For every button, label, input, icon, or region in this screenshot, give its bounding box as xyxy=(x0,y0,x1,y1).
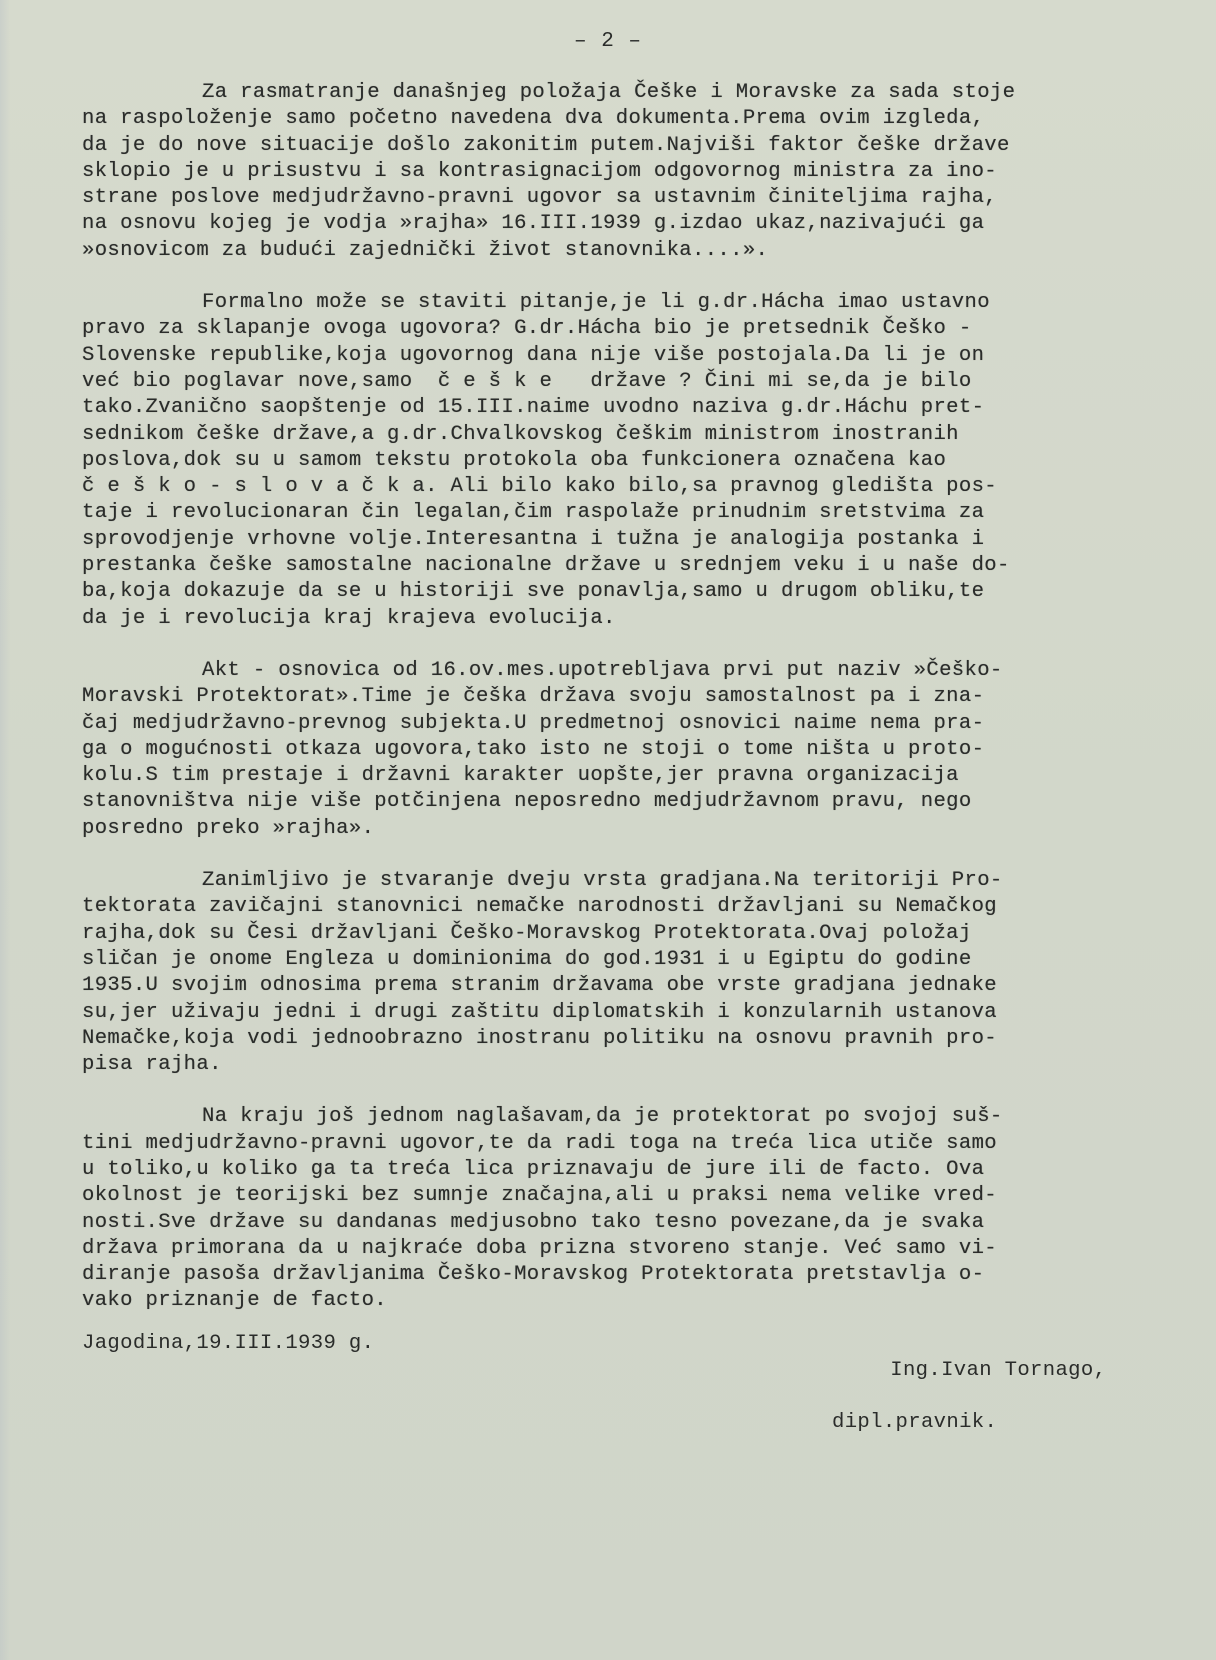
text-line: posredno preko »rajha». xyxy=(82,816,1162,842)
text-line: da je do nove situacije došlo zakonitim … xyxy=(82,133,1162,159)
document-body: Za rasmatranje današnjeg položaja Češke … xyxy=(82,80,1162,1341)
text-line: na osnovu kojeg je vodja »rajha» 16.III.… xyxy=(82,211,1162,237)
text-line: već bio poglavar nove,samo č e š k e drž… xyxy=(82,369,1162,395)
text-line: č e š k o - s l o v a č k a. Ali bilo ka… xyxy=(82,474,1162,500)
signature-block: Ing.Ivan Tornago, dipl.pravnik. xyxy=(814,1332,1106,1488)
text-line: rajha,dok su Česi državljani Češko-Morav… xyxy=(82,921,1162,947)
text-line: vako priznanje de facto. xyxy=(82,1288,1162,1314)
text-line: »osnovicom za budući zajednički život st… xyxy=(82,238,1162,264)
text-line: okolnost je teorijski bez sumnje značajn… xyxy=(82,1183,1162,1209)
text-line: su,jer uživaju jedni i drugi zaštitu dip… xyxy=(82,1000,1162,1026)
text-line: ga o mogućnosti otkaza ugovora,tako isto… xyxy=(82,737,1162,763)
text-line: Akt - osnovica od 16.ov.mes.upotrebljava… xyxy=(82,658,1162,684)
text-line: ba,koja dokazuje da se u historiji sve p… xyxy=(82,579,1162,605)
paragraph: Za rasmatranje današnjeg položaja Češke … xyxy=(82,80,1162,264)
text-line: u toliko,u koliko ga ta treća lica prizn… xyxy=(82,1157,1162,1183)
text-line: kolu.S tim prestaje i državni karakter u… xyxy=(82,763,1162,789)
text-line: čaj medjudržavno-prevnog subjekta.U pred… xyxy=(82,711,1162,737)
text-line: Slovenske republike,koja ugovornog dana … xyxy=(82,343,1162,369)
text-line: Moravski Protektorat».Time je češka drža… xyxy=(82,684,1162,710)
paragraph: Na kraju još jednom naglašavam,da je pro… xyxy=(82,1104,1162,1314)
place-date: Jagodina,19.III.1939 g. xyxy=(82,1332,374,1355)
text-line: da je i revolucija kraj krajeva evolucij… xyxy=(82,606,1162,632)
text-line: diranje pasoša državljanima Češko-Moravs… xyxy=(82,1262,1162,1288)
text-line: stanovništva nije više potčinjena neposr… xyxy=(82,789,1162,815)
signatory-name: Ing.Ivan Tornago, xyxy=(890,1359,1106,1382)
text-line: Nemačke,koja vodi jednoobrazno inostranu… xyxy=(82,1026,1162,1052)
text-line: taje i revolucionaran čin legalan,čim ra… xyxy=(82,500,1162,526)
paragraph: Akt - osnovica od 16.ov.mes.upotrebljava… xyxy=(82,658,1162,842)
text-line: tektorata zavičajni stanovnici nemačke n… xyxy=(82,894,1162,920)
text-line: Za rasmatranje današnjeg položaja Češke … xyxy=(82,80,1162,106)
text-line: 1935.U svojim odnosima prema stranim drž… xyxy=(82,973,1162,999)
text-line: pisa rajha. xyxy=(82,1052,1162,1078)
text-line: Zanimljivo je stvaranje dveju vrsta grad… xyxy=(82,868,1162,894)
text-line: sednikom češke države,a g.dr.Chvalkovsko… xyxy=(82,422,1162,448)
text-line: Formalno može se staviti pitanje,je li g… xyxy=(82,290,1162,316)
text-line: nosti.Sve države su dandanas medjusobno … xyxy=(82,1210,1162,1236)
text-line: tako.Zvanično saopštenje od 15.III.naime… xyxy=(82,395,1162,421)
text-line: prestanka češke samostalne nacionalne dr… xyxy=(82,553,1162,579)
text-line: sklopio je u prisustvu i sa kontrasignac… xyxy=(82,159,1162,185)
text-line: tini medjudržavno-pravni ugovor,te da ra… xyxy=(82,1131,1162,1157)
text-line: pravo za sklapanje ovoga ugovora? G.dr.H… xyxy=(82,316,1162,342)
text-line: poslova,dok su u samom tekstu protokola … xyxy=(82,448,1162,474)
text-line: sličan je onome Engleza u dominionima do… xyxy=(82,947,1162,973)
signatory-title: dipl.pravnik. xyxy=(814,1410,1106,1436)
text-line: strane poslove medjudržavno-pravni ugovo… xyxy=(82,185,1162,211)
paragraph: Zanimljivo je stvaranje dveju vrsta grad… xyxy=(82,868,1162,1078)
text-line: na raspoloženje samo početno navedena dv… xyxy=(82,106,1162,132)
page-number: – 2 – xyxy=(0,30,1216,53)
paragraph: Formalno može se staviti pitanje,je li g… xyxy=(82,290,1162,632)
text-line: država primorana da u najkraće doba priz… xyxy=(82,1236,1162,1262)
text-line: sprovodjenje vrhovne volje.Interesantna … xyxy=(82,527,1162,553)
text-line: Na kraju još jednom naglašavam,da je pro… xyxy=(82,1104,1162,1130)
typewritten-page: – 2 – Za rasmatranje današnjeg položaja … xyxy=(0,0,1216,1660)
